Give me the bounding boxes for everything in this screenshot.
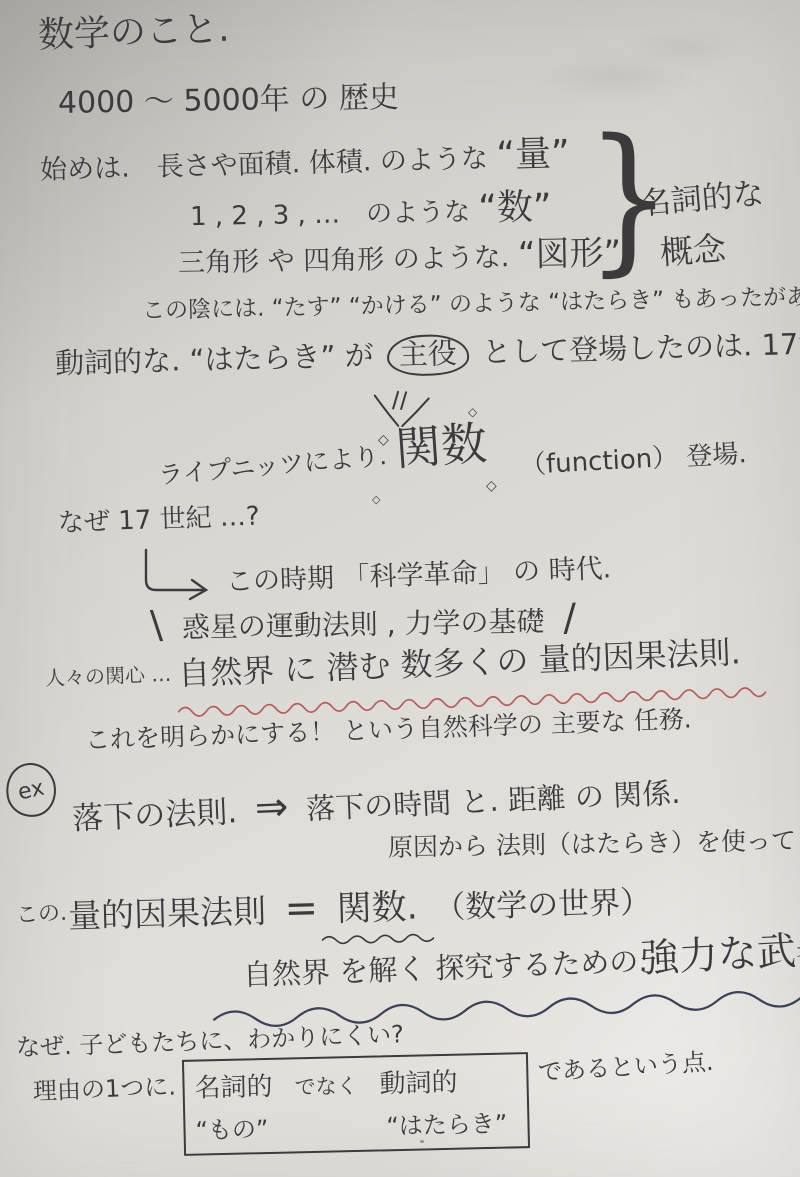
sparkle-glyph: ◇: [486, 478, 497, 494]
box-suffix-line: であるという点.: [537, 1049, 714, 1087]
reason-line: 理由の1つに.: [33, 1074, 177, 1107]
function-term-text: 関数: [393, 416, 489, 476]
sparkle-glyph: ◇: [372, 493, 380, 506]
fall-law-left: 落下の法則.: [72, 794, 238, 837]
cause-line: 原因から 法則（はたらき）を使って 結果: [388, 826, 800, 863]
verb-circled-text: 主役: [398, 336, 457, 372]
verb-pre: 動詞的な. “はたらき” が: [55, 338, 374, 380]
weapon-main: 強力な武器: [639, 928, 800, 983]
reason-text: 理由の1つに.: [33, 1073, 177, 1106]
why17-line: なぜ 17 世紀 …?: [58, 502, 261, 539]
elbow-arrow-icon: [136, 548, 218, 602]
equation-pre: この.: [15, 901, 67, 929]
paper-bleed-through: [630, 30, 740, 65]
equation-line: 量的因果法則 = 関数. （数学の世界）: [67, 876, 651, 937]
verb-line: 動詞的な. “はたらき” が 主役 として登場したのは. 17世紀: [55, 324, 800, 386]
leibniz-post-text: （function） 登場.: [519, 439, 747, 481]
box-connector: でなく: [294, 1070, 358, 1101]
noun-label-2: 概念: [659, 229, 728, 273]
eq-paren-text: （数学の世界）: [434, 884, 652, 926]
title-text: 数学のこと.: [37, 9, 230, 57]
equals-sign: =: [284, 885, 319, 932]
weapon-pre: 自然界 を解く 探究するための.: [243, 945, 649, 992]
sparkle-icon: ◇: [468, 406, 477, 420]
handwritten-note-page: 数学のこと. 4000 〜 5000年 の 歴史 始めは. 長さや面積. 体積.…: [0, 0, 800, 1177]
verb-post: として登場したのは. 17世紀: [482, 326, 800, 370]
cause-text: 原因から 法則（はたらき）を使って 結果: [388, 825, 800, 862]
black-wavy-underline: [322, 931, 434, 944]
eq-left-text: 量的因果法則: [68, 891, 267, 935]
box-row-1: 名詞的 でなく 動詞的: [194, 1060, 517, 1104]
weapon-main-text: 強力な武器: [639, 927, 800, 982]
sparkle-icon: ◇: [378, 432, 389, 448]
interest-prefix: 人々の関心 …: [45, 663, 172, 690]
double-arrow-icon: ⇒: [254, 784, 289, 831]
physics-text: 惑星の運動法則 , 力学の基礎: [182, 605, 545, 644]
ink-dot: [420, 1140, 424, 1143]
page-title: 数学のこと.: [37, 9, 230, 57]
box-suffix-text: であるという点.: [537, 1048, 714, 1087]
box-verb: 動詞的: [379, 1062, 458, 1101]
slash-right-icon: /: [563, 595, 577, 639]
box-noun: 名詞的: [194, 1066, 273, 1105]
task-line: これを明らかにする！ という自然科学の 主要な 任務.: [85, 705, 692, 755]
noun-verb-box: 名詞的 でなく 動詞的 “もの” “はたらき”: [182, 1052, 530, 1156]
leibniz-post: （function） 登場.: [519, 440, 747, 482]
history-text: 4000 〜 5000年 の 歴史: [58, 80, 399, 121]
function-term: 関数: [393, 417, 488, 476]
quantity-line: 始めは. 長さや面積. 体積. のような “量”: [40, 133, 571, 188]
eq-pre-text: この.: [15, 901, 67, 929]
shapes-line: 三角形 や 四角形 のような. “図形”: [178, 234, 622, 281]
fall-law-right: 落下の時間 と. 距離 の 関係.: [306, 776, 681, 826]
box-hataraki: “はたらき”: [386, 1104, 508, 1142]
era-line: この時期 「科学革命」 の 時代.: [226, 553, 612, 597]
why17-text: なぜ 17 世紀 …?: [58, 501, 261, 538]
shapes-prefix: 三角形 や 四角形 のような.: [178, 242, 510, 279]
hidden-roles-line: この陰には. “たす” “かける” のような “はたらき” もあったがあくまで脇…: [142, 282, 800, 325]
quantity-term: “量”: [496, 133, 570, 176]
box-mono: “もの”: [195, 1109, 269, 1146]
quantity-prefix: 始めは. 長さや面積. 体積. のような: [40, 143, 489, 186]
numbers-term: “数”: [478, 187, 552, 229]
paper-bleed-through: [540, 55, 690, 100]
fall-law-line: 落下の法則. ⇒ 落下の時間 と. 距離 の 関係.: [71, 767, 681, 839]
task-text: これを明らかにする！ という自然科学の 主要な 任務.: [85, 704, 692, 754]
sparkle-icon: ◇: [486, 478, 497, 494]
era-text: この時期 「科学革命」 の 時代.: [226, 553, 612, 597]
box-row-2: “もの” “はたらき”: [195, 1103, 518, 1145]
sparkle-glyph: ◇: [468, 405, 477, 419]
slash-left-icon: \: [150, 602, 164, 646]
leibniz-pre: ライプニッツにより.: [157, 442, 388, 491]
noun-concept-label2: 概念: [659, 230, 727, 272]
history-line: 4000 〜 5000年 の 歴史: [58, 81, 399, 121]
physics-line: \ 惑星の運動法則 , 力学の基礎 /: [150, 596, 577, 647]
leibniz-pre-text: ライプニッツにより.: [157, 441, 388, 490]
hidden-roles-text: この陰には. “たす” “かける” のような “はたらき” もあったがあくまで脇…: [142, 282, 800, 324]
numbers-prefix: 1 , 2 , 3 , … のような: [190, 197, 470, 232]
circled-main-role: 主役: [386, 334, 469, 377]
weapon-pre-text: 自然界 を解く 探究するための.: [243, 944, 649, 992]
example-label: ex: [16, 775, 47, 805]
interest-pre-text: 人々の関心 …: [45, 662, 172, 690]
sparkle-icon: ◇: [372, 494, 380, 507]
example-badge: ex: [1, 758, 61, 821]
numbers-line: 1 , 2 , 3 , … のような “数”: [190, 187, 552, 235]
sparkle-glyph: ◇: [378, 432, 389, 448]
eq-right-text: 関数.: [336, 887, 418, 929]
